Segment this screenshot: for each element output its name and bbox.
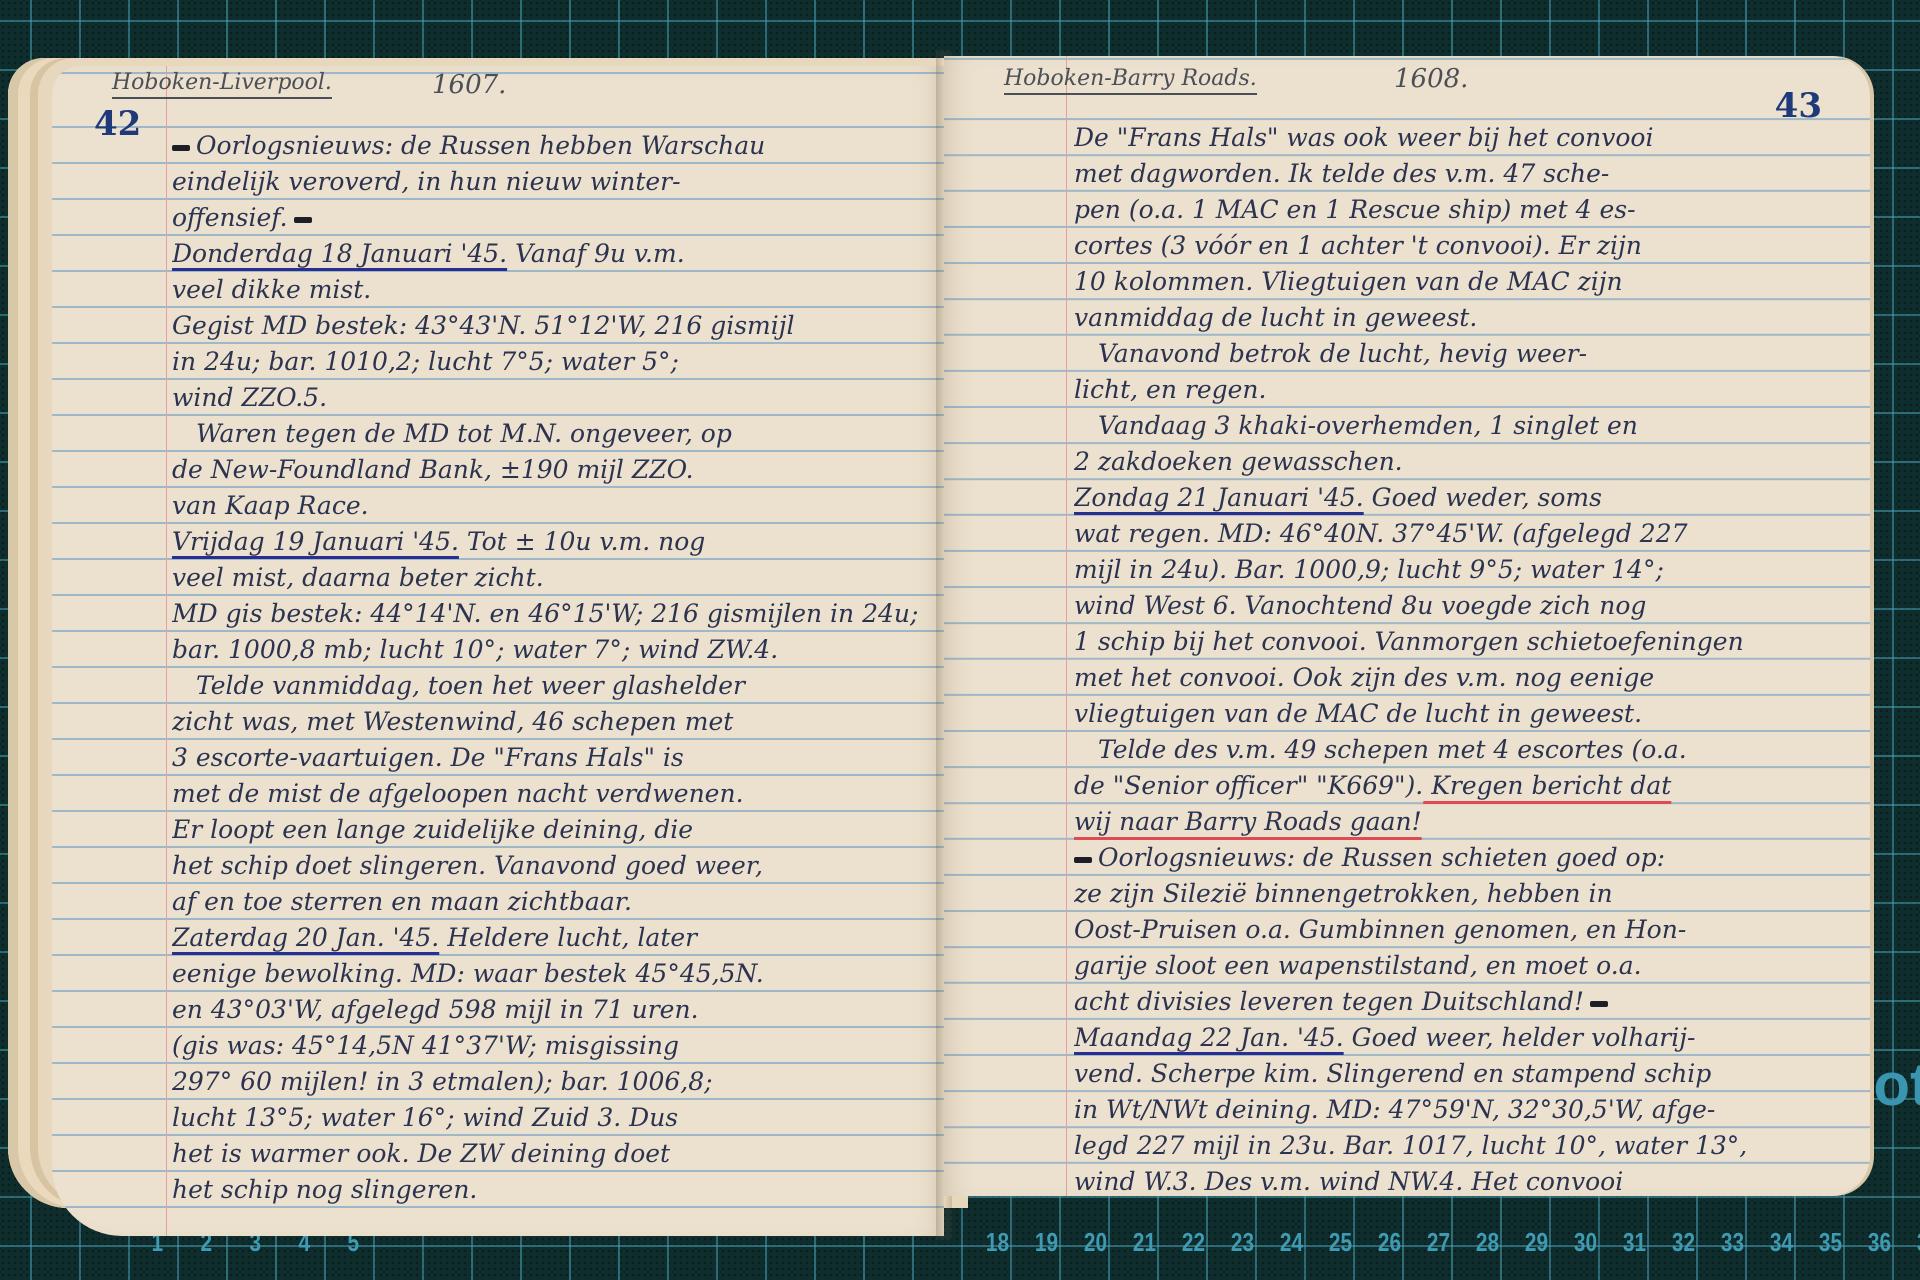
- diary-line: Oorlogsnieuws: de Russen schieten goed o…: [1074, 840, 1854, 876]
- diary-text: MD gis bestek: 44°14'N. en 46°15'W; 216 …: [172, 599, 918, 628]
- diary-line: wij naar Barry Roads gaan!: [1074, 804, 1854, 840]
- diary-text: Heldere lucht, later: [439, 923, 697, 952]
- diary-text: in 24u; bar. 1010,2; lucht 7°5; water 5°…: [172, 347, 679, 376]
- mat-ruler-number: 31: [1623, 1227, 1646, 1258]
- diary-line: cortes (3 vóór en 1 achter 't convooi). …: [1074, 228, 1854, 264]
- diary-line: Er loopt een lange zuidelijke deining, d…: [172, 812, 932, 848]
- diary-line: van Kaap Race.: [172, 488, 932, 524]
- diary-text-left: Oorlogsnieuws: de Russen hebben Warschau…: [172, 128, 932, 1208]
- diary-text: lucht 13°5; water 16°; wind Zuid 3. Dus: [172, 1103, 678, 1132]
- diary-text: het schip nog slingeren.: [172, 1175, 477, 1204]
- diary-text: Waren tegen de MD tot M.N. ongeveer, op: [196, 419, 732, 448]
- diary-text: cortes (3 vóór en 1 achter 't convooi). …: [1074, 231, 1642, 260]
- diary-line: wat regen. MD: 46°40N. 37°45'W. (afgeleg…: [1074, 516, 1854, 552]
- diary-text: met dagworden. Ik telde des v.m. 47 sche…: [1074, 159, 1609, 188]
- diary-text: Oost-Pruisen o.a. Gumbinnen genomen, en …: [1074, 915, 1686, 944]
- diary-line: 297° 60 mijlen! in 3 etmalen); bar. 1006…: [172, 1064, 932, 1100]
- diary-line: ze zijn Silezië binnengetrokken, hebben …: [1074, 876, 1854, 912]
- diary-line: pen (o.a. 1 MAC en 1 Rescue ship) met 4 …: [1074, 192, 1854, 228]
- mat-ruler-number: 27: [1427, 1227, 1450, 1258]
- diary-text: Maandag 22 Jan. '45.: [1074, 1023, 1344, 1052]
- voyage-route-header: Hoboken-Liverpool.: [112, 70, 332, 99]
- diary-text: offensief.: [172, 203, 288, 232]
- diary-text: eenige bewolking. MD: waar bestek 45°45,…: [172, 959, 764, 988]
- mat-ruler-number: 26: [1378, 1227, 1401, 1258]
- diary-text: Gegist MD bestek: 43°43'N. 51°12'W, 216 …: [172, 311, 795, 340]
- diary-line: het is warmer ook. De ZW deining doet: [172, 1136, 932, 1172]
- diary-text: veel mist, daarna beter zicht.: [172, 563, 544, 592]
- diary-line: MD gis bestek: 44°14'N. en 46°15'W; 216 …: [172, 596, 932, 632]
- diary-line: zicht was, met Westenwind, 46 schepen me…: [172, 704, 932, 740]
- mat-ruler-number: 28: [1476, 1227, 1499, 1258]
- diary-text: Oorlogsnieuws: de Russen hebben Warschau: [196, 131, 765, 160]
- notebook-left-page: Hoboken-Liverpool. 1607. 42 Oorlogsnieuw…: [52, 66, 944, 1236]
- diary-line: in 24u; bar. 1010,2; lucht 7°5; water 5°…: [172, 344, 932, 380]
- diary-text: eindelijk veroverd, in hun nieuw winter-: [172, 167, 681, 196]
- diary-text: legd 227 mijl in 23u. Bar. 1017, lucht 1…: [1074, 1131, 1747, 1160]
- diary-text: met het convooi. Ook zijn des v.m. nog e…: [1074, 663, 1654, 692]
- diary-text: het schip doet slingeren. Vanavond goed …: [172, 851, 763, 880]
- mat-ruler-number: 36: [1868, 1227, 1891, 1258]
- voyage-route-header: Hoboken-Barry Roads.: [1004, 66, 1257, 95]
- diary-line: Vandaag 3 khaki-overhemden, 1 singlet en: [1074, 408, 1854, 444]
- diary-date-line: Donderdag 18 Januari '45. Vanaf 9u v.m.: [172, 236, 932, 272]
- diary-text: Oorlogsnieuws: de Russen schieten goed o…: [1098, 843, 1665, 872]
- diary-text: Telde vanmiddag, toen het weer glashelde…: [196, 671, 745, 700]
- diary-line: Gegist MD bestek: 43°43'N. 51°12'W, 216 …: [172, 308, 932, 344]
- mat-ruler-number: 30: [1574, 1227, 1597, 1258]
- dash-mark-icon: [294, 217, 312, 223]
- diary-text: Zaterdag 20 Jan. '45.: [172, 923, 439, 952]
- diary-line: Telde des v.m. 49 schepen met 4 escortes…: [1074, 732, 1854, 768]
- diary-line: wind W.3. Des v.m. wind NW.4. Het convoo…: [1074, 1164, 1854, 1200]
- diary-line: 10 kolommen. Vliegtuigen van de MAC zijn: [1074, 264, 1854, 300]
- diary-text-highlight: Kregen bericht dat: [1423, 771, 1671, 800]
- diary-line: wind West 6. Vanochtend 8u voegde zich n…: [1074, 588, 1854, 624]
- diary-line: offensief.: [172, 200, 932, 236]
- diary-line: De "Frans Hals" was ook weer bij het con…: [1074, 120, 1854, 156]
- diary-text: vend. Scherpe kim. Slingerend en stampen…: [1074, 1059, 1711, 1088]
- mat-ruler-number: 21: [1133, 1227, 1156, 1258]
- notebook-right-page: Hoboken-Barry Roads. 1608. 43 De "Frans …: [944, 56, 1870, 1196]
- diary-text: Vanaf 9u v.m.: [507, 239, 685, 268]
- diary-text: veel dikke mist.: [172, 275, 371, 304]
- diary-line: het schip nog slingeren.: [172, 1172, 932, 1208]
- diary-text-right: De "Frans Hals" was ook weer bij het con…: [1074, 120, 1854, 1200]
- diary-text: Vrijdag 19 Januari '45.: [172, 527, 459, 556]
- diary-text: Telde des v.m. 49 schepen met 4 escortes…: [1098, 735, 1687, 764]
- diary-text: 2 zakdoeken gewasschen.: [1074, 447, 1403, 476]
- dash-mark-icon: [172, 145, 190, 151]
- diary-text: wij naar Barry Roads gaan!: [1074, 807, 1422, 836]
- diary-line: in Wt/NWt deining. MD: 47°59'N, 32°30,5'…: [1074, 1092, 1854, 1128]
- diary-text: Zondag 21 Januari '45.: [1074, 483, 1364, 512]
- diary-text: in Wt/NWt deining. MD: 47°59'N, 32°30,5'…: [1074, 1095, 1715, 1124]
- diary-text: en 43°03'W, afgelegd 598 mijl in 71 uren…: [172, 995, 699, 1024]
- diary-line: de "Senior officer" "K669"). Kregen beri…: [1074, 768, 1854, 804]
- page-number: 42: [94, 104, 141, 144]
- mat-ruler-number: 29: [1525, 1227, 1548, 1258]
- diary-text: de "Senior officer" "K669").: [1074, 771, 1423, 800]
- diary-text: Vandaag 3 khaki-overhemden, 1 singlet en: [1098, 411, 1638, 440]
- diary-text: wat regen. MD: 46°40N. 37°45'W. (afgeleg…: [1074, 519, 1688, 548]
- dash-mark-icon: [1074, 857, 1092, 863]
- diary-line: de New-Foundland Bank, ±190 mijl ZZO.: [172, 452, 932, 488]
- diary-line: veel dikke mist.: [172, 272, 932, 308]
- mat-ruler-number: 23: [1231, 1227, 1254, 1258]
- voyage-number: 1607.: [432, 70, 506, 100]
- diary-line: licht, en regen.: [1074, 372, 1854, 408]
- red-margin-line: [1066, 56, 1067, 1196]
- diary-text: de New-Foundland Bank, ±190 mijl ZZO.: [172, 455, 694, 484]
- diary-text: Goed weder, soms: [1364, 483, 1602, 512]
- diary-line: legd 227 mijl in 23u. Bar. 1017, lucht 1…: [1074, 1128, 1854, 1164]
- diary-text: zicht was, met Westenwind, 46 schepen me…: [172, 707, 733, 736]
- diary-line: vliegtuigen van de MAC de lucht in gewee…: [1074, 696, 1854, 732]
- diary-line: eenige bewolking. MD: waar bestek 45°45,…: [172, 956, 932, 992]
- diary-line: eindelijk veroverd, in hun nieuw winter-: [172, 164, 932, 200]
- diary-text: Tot ± 10u v.m. nog: [459, 527, 705, 556]
- diary-text: wind West 6. Vanochtend 8u voegde zich n…: [1074, 591, 1646, 620]
- diary-line: Oost-Pruisen o.a. Gumbinnen genomen, en …: [1074, 912, 1854, 948]
- diary-line: af en toe sterren en maan zichtbaar.: [172, 884, 932, 920]
- mat-ruler-number: 24: [1280, 1227, 1303, 1258]
- diary-line: vend. Scherpe kim. Slingerend en stampen…: [1074, 1056, 1854, 1092]
- diary-text: Er loopt een lange zuidelijke deining, d…: [172, 815, 693, 844]
- diary-text: acht divisies leveren tegen Duitschland!: [1074, 987, 1584, 1016]
- diary-text: ze zijn Silezië binnengetrokken, hebben …: [1074, 879, 1613, 908]
- diary-text: Donderdag 18 Januari '45.: [172, 239, 507, 268]
- diary-line: Vanavond betrok de lucht, hevig weer-: [1074, 336, 1854, 372]
- diary-date-line: Vrijdag 19 Januari '45. Tot ± 10u v.m. n…: [172, 524, 932, 560]
- diary-line: met de mist de afgeloopen nacht verdwene…: [172, 776, 932, 812]
- diary-text: af en toe sterren en maan zichtbaar.: [172, 887, 632, 916]
- voyage-number: 1608.: [1394, 64, 1468, 94]
- diary-text: De "Frans Hals" was ook weer bij het con…: [1074, 123, 1653, 152]
- diary-text: vliegtuigen van de MAC de lucht in gewee…: [1074, 699, 1642, 728]
- diary-line: Waren tegen de MD tot M.N. ongeveer, op: [172, 416, 932, 452]
- diary-line: wind ZZO.5.: [172, 380, 932, 416]
- diary-text: wind ZZO.5.: [172, 383, 327, 412]
- diary-line: vanmiddag de lucht in geweest.: [1074, 300, 1854, 336]
- diary-text: 3 escorte-vaartuigen. De "Frans Hals" is: [172, 743, 684, 772]
- diary-line: 2 zakdoeken gewasschen.: [1074, 444, 1854, 480]
- diary-line: mijl in 24u). Bar. 1000,9; lucht 9°5; wa…: [1074, 552, 1854, 588]
- diary-line: Oorlogsnieuws: de Russen hebben Warschau: [172, 128, 932, 164]
- diary-line: met het convooi. Ook zijn des v.m. nog e…: [1074, 660, 1854, 696]
- diary-text: bar. 1000,8 mb; lucht 10°; water 7°; win…: [172, 635, 778, 664]
- diary-line: met dagworden. Ik telde des v.m. 47 sche…: [1074, 156, 1854, 192]
- mat-ruler-number: 35: [1819, 1227, 1842, 1258]
- diary-text: Goed weer, helder volharij-: [1344, 1023, 1696, 1052]
- diary-line: bar. 1000,8 mb; lucht 10°; water 7°; win…: [172, 632, 932, 668]
- diary-text: garije sloot een wapenstilstand, en moet…: [1074, 951, 1642, 980]
- mat-ruler-number: 22: [1182, 1227, 1205, 1258]
- dash-mark-icon: [1590, 1001, 1608, 1007]
- diary-line: het schip doet slingeren. Vanavond goed …: [172, 848, 932, 884]
- diary-line: en 43°03'W, afgelegd 598 mijl in 71 uren…: [172, 992, 932, 1028]
- diary-date-line: Zaterdag 20 Jan. '45. Heldere lucht, lat…: [172, 920, 932, 956]
- diary-line: 1 schip bij het convooi. Vanmorgen schie…: [1074, 624, 1854, 660]
- mat-ruler-number: 33: [1721, 1227, 1744, 1258]
- diary-text: 10 kolommen. Vliegtuigen van de MAC zijn: [1074, 267, 1623, 296]
- diary-text: 297° 60 mijlen! in 3 etmalen); bar. 1006…: [172, 1067, 713, 1096]
- mat-ruler-number: 25: [1329, 1227, 1352, 1258]
- diary-line: 3 escorte-vaartuigen. De "Frans Hals" is: [172, 740, 932, 776]
- diary-line: lucht 13°5; water 16°; wind Zuid 3. Dus: [172, 1100, 932, 1136]
- mat-ruler-number: 18: [986, 1227, 1009, 1258]
- diary-text: vanmiddag de lucht in geweest.: [1074, 303, 1477, 332]
- diary-text: het is warmer ook. De ZW deining doet: [172, 1139, 670, 1168]
- diary-line: garije sloot een wapenstilstand, en moet…: [1074, 948, 1854, 984]
- mat-ruler-number: 19: [1035, 1227, 1058, 1258]
- mat-ruler-number: 32: [1672, 1227, 1695, 1258]
- diary-text: mijl in 24u). Bar. 1000,9; lucht 9°5; wa…: [1074, 555, 1664, 584]
- diary-line: acht divisies leveren tegen Duitschland!: [1074, 984, 1854, 1020]
- mat-ruler-number: 34: [1770, 1227, 1793, 1258]
- diary-text: licht, en regen.: [1074, 375, 1266, 404]
- diary-text: Vanavond betrok de lucht, hevig weer-: [1098, 339, 1587, 368]
- mat-ruler-number: 20: [1084, 1227, 1107, 1258]
- diary-line: (gis was: 45°14,5N 41°37'W; misgissing: [172, 1028, 932, 1064]
- diary-date-line: Maandag 22 Jan. '45. Goed weer, helder v…: [1074, 1020, 1854, 1056]
- diary-text: pen (o.a. 1 MAC en 1 Rescue ship) met 4 …: [1074, 195, 1636, 224]
- diary-line: Telde vanmiddag, toen het weer glashelde…: [172, 668, 932, 704]
- diary-text: van Kaap Race.: [172, 491, 369, 520]
- diary-text: (gis was: 45°14,5N 41°37'W; misgissing: [172, 1031, 679, 1060]
- diary-text: wind W.3. Des v.m. wind NW.4. Het convoo…: [1074, 1167, 1623, 1196]
- diary-text: met de mist de afgeloopen nacht verdwene…: [172, 779, 744, 808]
- diary-line: veel mist, daarna beter zicht.: [172, 560, 932, 596]
- diary-date-line: Zondag 21 Januari '45. Goed weder, soms: [1074, 480, 1854, 516]
- diary-text: 1 schip bij het convooi. Vanmorgen schie…: [1074, 627, 1744, 656]
- red-margin-line: [166, 66, 167, 1236]
